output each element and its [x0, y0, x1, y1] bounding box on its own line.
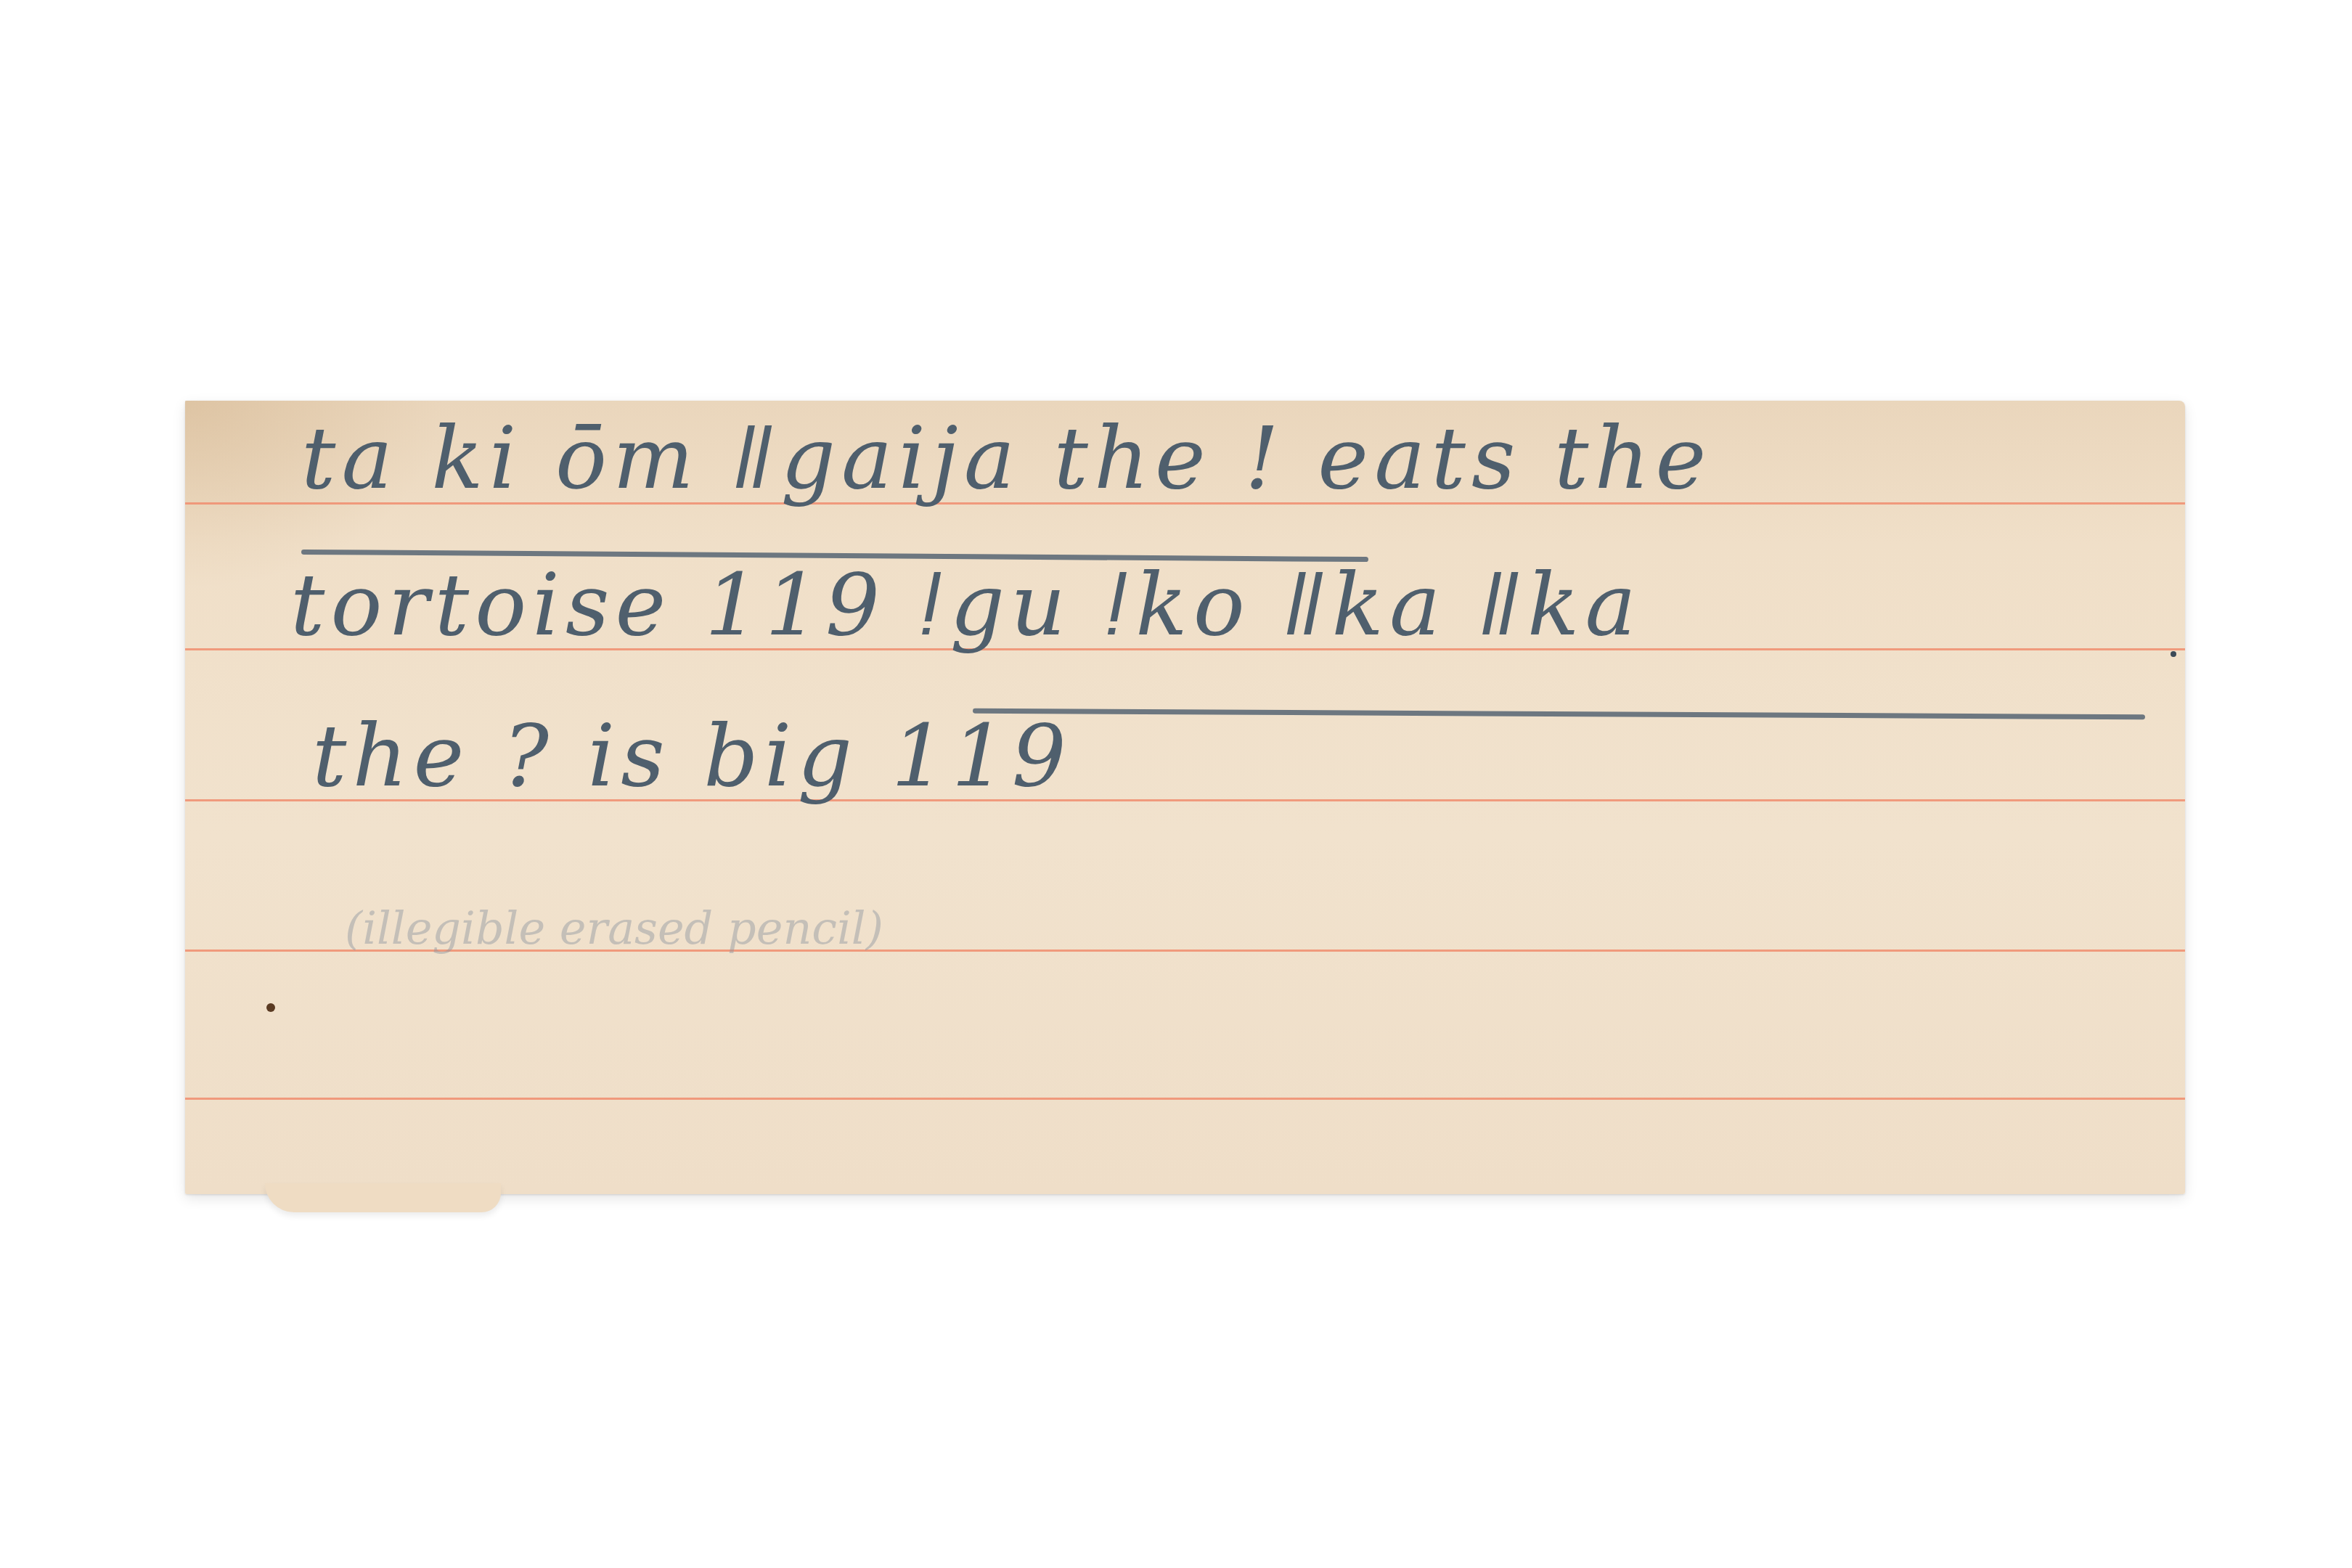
erased-text: (illegible erased pencil) [345, 902, 883, 955]
paper-slip: ta ki ōm ǁgaija the ! eats the tortoise … [185, 401, 2185, 1194]
ink-spot [2171, 651, 2176, 657]
underline-line-2 [973, 709, 2145, 719]
handwritten-line-3: the ? is big 119 [312, 706, 1072, 806]
handwritten-line-1: ta ki ōm ǁgaija the ! eats the [301, 408, 1712, 508]
torn-paper-tab [265, 1183, 501, 1212]
ink-spot [266, 1003, 275, 1012]
ruled-line [185, 1098, 2185, 1100]
handwritten-line-2: tortoise 119 ǃgu ǃko ǁka ǁka [290, 555, 1642, 655]
